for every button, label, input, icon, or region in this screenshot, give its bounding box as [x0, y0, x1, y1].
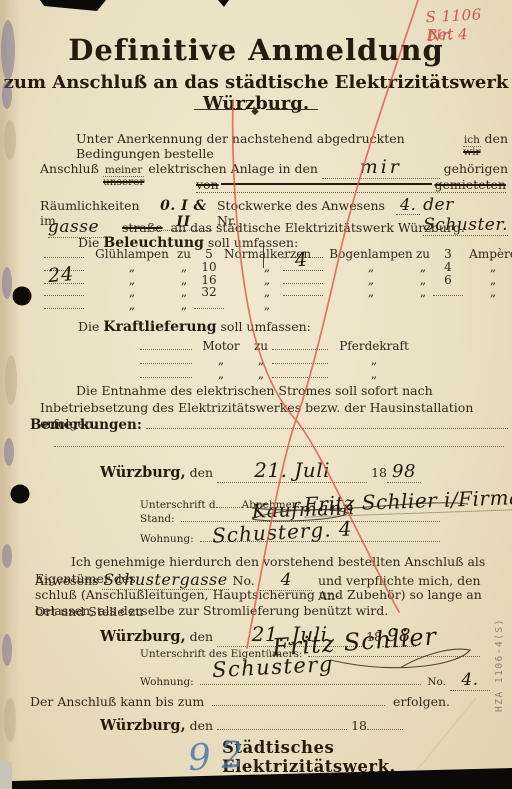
- city-label: Würzburg,: [100, 464, 186, 481]
- heading-post: soll umfassen:: [221, 319, 311, 334]
- qty-fill-line: [140, 363, 192, 364]
- table-row: 24 „ „ 16 „: [44, 273, 310, 286]
- century-label: 18: [351, 718, 367, 733]
- ditto: „: [192, 367, 250, 381]
- city-label: Würzburg,: [100, 717, 186, 734]
- date-line-1: Würzburg, den 21. Juli 18 98: [100, 458, 421, 483]
- blank-date-row: Würzburg, den 18: [100, 717, 403, 734]
- hp-fill-line: [272, 363, 328, 364]
- qty-fill-line: [140, 377, 192, 378]
- remarks-fill-line: [146, 428, 508, 429]
- intro-text: den: [485, 131, 508, 146]
- handwritten-house-number: 4.: [396, 195, 420, 215]
- handwritten-address-number: 4.: [450, 670, 490, 691]
- power-heading: Die Kraftlieferung soll umfassen:: [78, 319, 311, 335]
- qty-fill-line: [283, 273, 323, 284]
- struck-von: von: [196, 177, 219, 192]
- ornament-line-right: [266, 109, 318, 110]
- ornament-divider: ◆: [0, 106, 512, 117]
- no-label: No.: [233, 573, 255, 588]
- zu: zu: [250, 339, 272, 353]
- table-row: Motor zu Pferdekraft: [140, 339, 420, 353]
- table-row: „ „ 10 „: [44, 260, 310, 273]
- ditto: „: [463, 285, 512, 299]
- table-row: 4 „ „ 4 „: [283, 260, 512, 273]
- qty-fill-line: [44, 247, 84, 258]
- ditto: „: [328, 353, 420, 367]
- address-label: Wohnung:: [140, 676, 194, 688]
- year-fill-line: [367, 729, 403, 730]
- intro-text: an das städtische Elektrizitätswerk Würz…: [171, 220, 465, 235]
- handwritten-qty-24: 24: [47, 262, 75, 286]
- candle-power: 32: [194, 285, 224, 299]
- deadline-text-2: erfolgen.: [393, 694, 450, 709]
- qty-fill-line: [140, 349, 192, 350]
- arc-lamps-table: Bogenlampen zu 3 Ampère 4 „ „ 4 „ „ „ 6 …: [283, 247, 512, 298]
- ditto: „: [329, 285, 413, 299]
- motor-label: Motor: [192, 339, 250, 353]
- page-title: Definitive Anmeldung: [0, 33, 512, 67]
- works-name: Städtisches Elektrizitätswerk.: [222, 738, 512, 776]
- ornament-glyph: ◆: [251, 106, 261, 117]
- handwritten-mir: mir: [360, 156, 402, 178]
- fill: [216, 507, 242, 508]
- ampere-blank: [433, 295, 463, 296]
- choice-meiner-unserer: meiner unserer: [103, 165, 144, 188]
- qty-fill-line: [283, 285, 323, 296]
- choice-struck: unserer: [103, 177, 144, 188]
- document-page: S 1106 Bet Nr. 4 Definitive Anmeldung zu…: [0, 0, 512, 789]
- ditto: „: [250, 367, 272, 381]
- ditto: „: [328, 367, 420, 381]
- ditto: „: [413, 285, 433, 299]
- den-label: den: [190, 465, 213, 480]
- den-label: den: [190, 629, 213, 644]
- table-row: „ „ „: [44, 298, 310, 311]
- handwritten-date: 21. Juli: [217, 458, 367, 483]
- table-row: „ „ „: [140, 353, 420, 367]
- connection-deadline-row: Der Anschluß kann bis zum erfolgen.: [30, 694, 450, 709]
- table-row: „ „ 6 „: [283, 273, 512, 286]
- ditto: „: [192, 353, 250, 367]
- strike-line: [221, 183, 433, 185]
- intro-text: Anschluß: [40, 161, 99, 176]
- den-label: den: [190, 718, 213, 733]
- remarks-label: Bemerkungen:: [30, 417, 142, 433]
- table-row: Glühlampen zu 5 Normalkerzen: [44, 247, 310, 260]
- no-label: No.: [427, 676, 446, 688]
- incandescent-lamps-table: Glühlampen zu 5 Normalkerzen „ „ 10 „ 24…: [44, 247, 310, 311]
- city-label: Würzburg,: [100, 628, 186, 645]
- margin-archive-code: HZA 1106-4(S): [494, 618, 505, 712]
- deadline-text: Der Anschluß kann bis zum: [30, 694, 204, 709]
- ditto: „: [90, 298, 174, 312]
- candle-power-blank: [194, 308, 224, 309]
- fill-line-owner: mir: [322, 156, 440, 179]
- unit: Pferdekraft: [328, 339, 420, 353]
- handwritten-qty-4: 4: [294, 248, 309, 271]
- hp-fill-line: [272, 377, 328, 378]
- table-row: „ „ „: [140, 367, 420, 381]
- date-fill-line: [217, 729, 347, 730]
- remarks-row: Bemerkungen:: [30, 417, 508, 433]
- heading-word: Kraftlieferung: [103, 319, 216, 335]
- ditto: „: [224, 298, 310, 312]
- intro-text: gehörigen: [444, 161, 508, 176]
- qty-fill-line: [44, 298, 84, 309]
- blue-page-number: 92: [187, 734, 256, 779]
- signature-label: Unterschrift d: [140, 499, 216, 511]
- century-label: 18: [371, 465, 387, 480]
- table-row: „ „ 32 „: [44, 285, 310, 298]
- intro-text: elektrischen Anlage in den: [148, 161, 318, 176]
- address-fill-line: [200, 684, 422, 685]
- handwritten-year: 98: [387, 461, 421, 483]
- ornament-line-left: [194, 109, 246, 110]
- heading-pre: Die: [78, 319, 99, 334]
- ditto: „: [174, 298, 194, 312]
- struck-strasse: straße: [122, 220, 163, 235]
- address-label: Wohnung:: [140, 533, 194, 545]
- choice-ich-wir: ich wir: [463, 135, 480, 158]
- motor-table: Motor zu Pferdekraft „ „ „ „ „ „: [140, 339, 420, 381]
- owner-paragraph-line4: belassen, als derselbe zur Stromlieferun…: [35, 603, 503, 620]
- intro-line-struck-alt: von gemieteten: [196, 177, 506, 193]
- deadline-fill-line: [212, 705, 385, 706]
- ampere: 6: [433, 273, 463, 287]
- anwesen-label: Anwesens: [35, 573, 98, 588]
- hp-fill-line: [272, 349, 328, 350]
- table-row: „ „ „: [283, 285, 512, 298]
- qty-fill-line: [44, 285, 84, 296]
- struck-gemieteten: gemieteten: [434, 177, 506, 192]
- ditto: „: [250, 353, 272, 367]
- table-row: Bogenlampen zu 3 Ampère: [283, 247, 512, 260]
- occupation-label: Stand:: [140, 513, 175, 525]
- remarks-fill-line-2: [54, 436, 504, 447]
